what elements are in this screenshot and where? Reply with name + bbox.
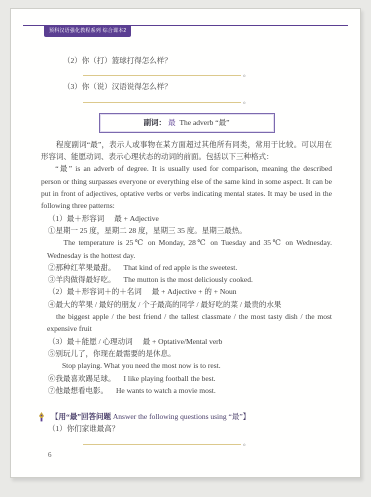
pen-icon: [37, 412, 46, 422]
bracket-close: 】: [243, 412, 251, 421]
example-1-en: The temperature is 25℃ on Monday, 28℃ on…: [47, 237, 332, 262]
pattern-1-heading-en: 最 + Adjective: [114, 214, 159, 223]
example-4-en: the biggest apple / the best friend / th…: [47, 311, 332, 336]
blank-end-mark: 。: [243, 68, 250, 80]
answer-blank-row: 。: [41, 436, 332, 450]
question-2: （2）你（打）篮球打得怎么样？: [41, 55, 332, 67]
bottom-exercise-title-en: Answer the following questions using “最”: [111, 412, 243, 421]
pattern-2-heading-zh: （2）最＋形容词＋的＋名词: [48, 287, 142, 296]
pattern-1-heading: （1）最＋形容词最 + Adjective: [41, 213, 332, 225]
bottom-exercise-heading: 【用“最”回答问题 Answer the following questions…: [41, 411, 332, 423]
bracket-open: 【: [51, 412, 59, 421]
grammar-label-en: The adverb “最”: [179, 118, 229, 127]
grammar-box-wrap: 副词：最 The adverb “最”: [41, 113, 332, 133]
series-title-tab: 预科汉语强化教程系列 综合课本2: [44, 26, 131, 37]
pattern-1-heading-zh: （1）最＋形容词: [48, 214, 104, 223]
grammar-word: 最: [168, 118, 176, 127]
answer-blank-line: [83, 102, 241, 103]
blank-end-mark: 。: [243, 437, 250, 449]
grammar-label-zh: 副词：: [144, 118, 167, 127]
answer-blank-row: 。: [41, 67, 332, 81]
answer-blank-row: 。: [41, 94, 332, 108]
page-number: 6: [48, 451, 52, 459]
example-2: ②那种红苹果最甜。That kind of red apple is the s…: [41, 262, 332, 274]
pattern-3-heading-zh: （3）最＋能愿 / 心理动词: [48, 337, 133, 346]
example-2-zh: ②那种红苹果最甜。: [48, 263, 116, 272]
bottom-exercise-title-zh: 用“最”回答问题: [59, 412, 112, 421]
example-7: ⑦他最想看电影。He wants to watch a movie most.: [41, 385, 332, 397]
example-7-en: He wants to watch a movie most.: [116, 386, 216, 395]
pattern-2-heading-en: 最 + Adjective + 的 + Noun: [152, 287, 237, 296]
textbook-page-scan: { "header": { "series_title": "预科汉语强化教程系…: [0, 0, 371, 497]
example-6-en: I like playing football the best.: [124, 374, 216, 383]
pattern-2-heading: （2）最＋形容词＋的＋名词最 + Adjective + 的 + Noun: [41, 286, 332, 298]
blank-end-mark: 。: [243, 95, 250, 107]
intro-paragraph-zh: 程度副词“最”，表示人或事物在某方面超过其他所有同类，常用于比较。可以用在形容词…: [41, 139, 332, 164]
page: 预科汉语强化教程系列 综合课本2 （2）你（打）篮球打得怎么样？ 。 （3）你（…: [10, 8, 361, 478]
example-6-zh: ⑥我最喜欢踢足球。: [48, 374, 116, 383]
answer-blank-line: [83, 75, 241, 76]
example-3-zh: ③羊肉做得最好吃。: [48, 275, 116, 284]
example-2-en: That kind of red apple is the sweetest.: [124, 263, 238, 272]
example-4-zh: ④最大的苹果 / 最好的朋友 / 个子最高的同学 / 最好吃的菜 / 最贵的水果: [41, 299, 332, 311]
example-6: ⑥我最喜欢踢足球。I like playing football the bes…: [41, 373, 332, 385]
example-3: ③羊肉做得最好吃。The mutton is the most deliciou…: [41, 274, 332, 286]
grammar-point-box: 副词：最 The adverb “最”: [99, 113, 275, 133]
example-5-en: Stop playing. What you need the most now…: [47, 360, 332, 372]
page-content: （2）你（打）篮球打得怎么样？ 。 （3）你（说）汉语说得怎么样？ 。 副词：最…: [41, 55, 332, 450]
question-3: （3）你（说）汉语说得怎么样？: [41, 81, 332, 93]
pattern-3-heading-en: 最 + Optative/Mental verb: [143, 337, 223, 346]
pattern-3-heading: （3）最＋能愿 / 心理动词最 + Optative/Mental verb: [41, 336, 332, 348]
example-5-zh: ⑤别玩儿了，你现在最需要的是休息。: [41, 348, 332, 360]
example-3-en: The mutton is the most deliciously cooke…: [124, 275, 253, 284]
example-1-zh: ①星期一 25 度，星期二 28 度，星期三 35 度。星期三最热。: [41, 225, 332, 237]
bottom-question-1: （1）你们家谁最高？: [41, 423, 332, 435]
answer-blank-line: [83, 444, 241, 445]
intro-paragraph-en: “最” is an adverb of degree. It is usuall…: [41, 163, 332, 212]
example-7-zh: ⑦他最想看电影。: [48, 386, 108, 395]
